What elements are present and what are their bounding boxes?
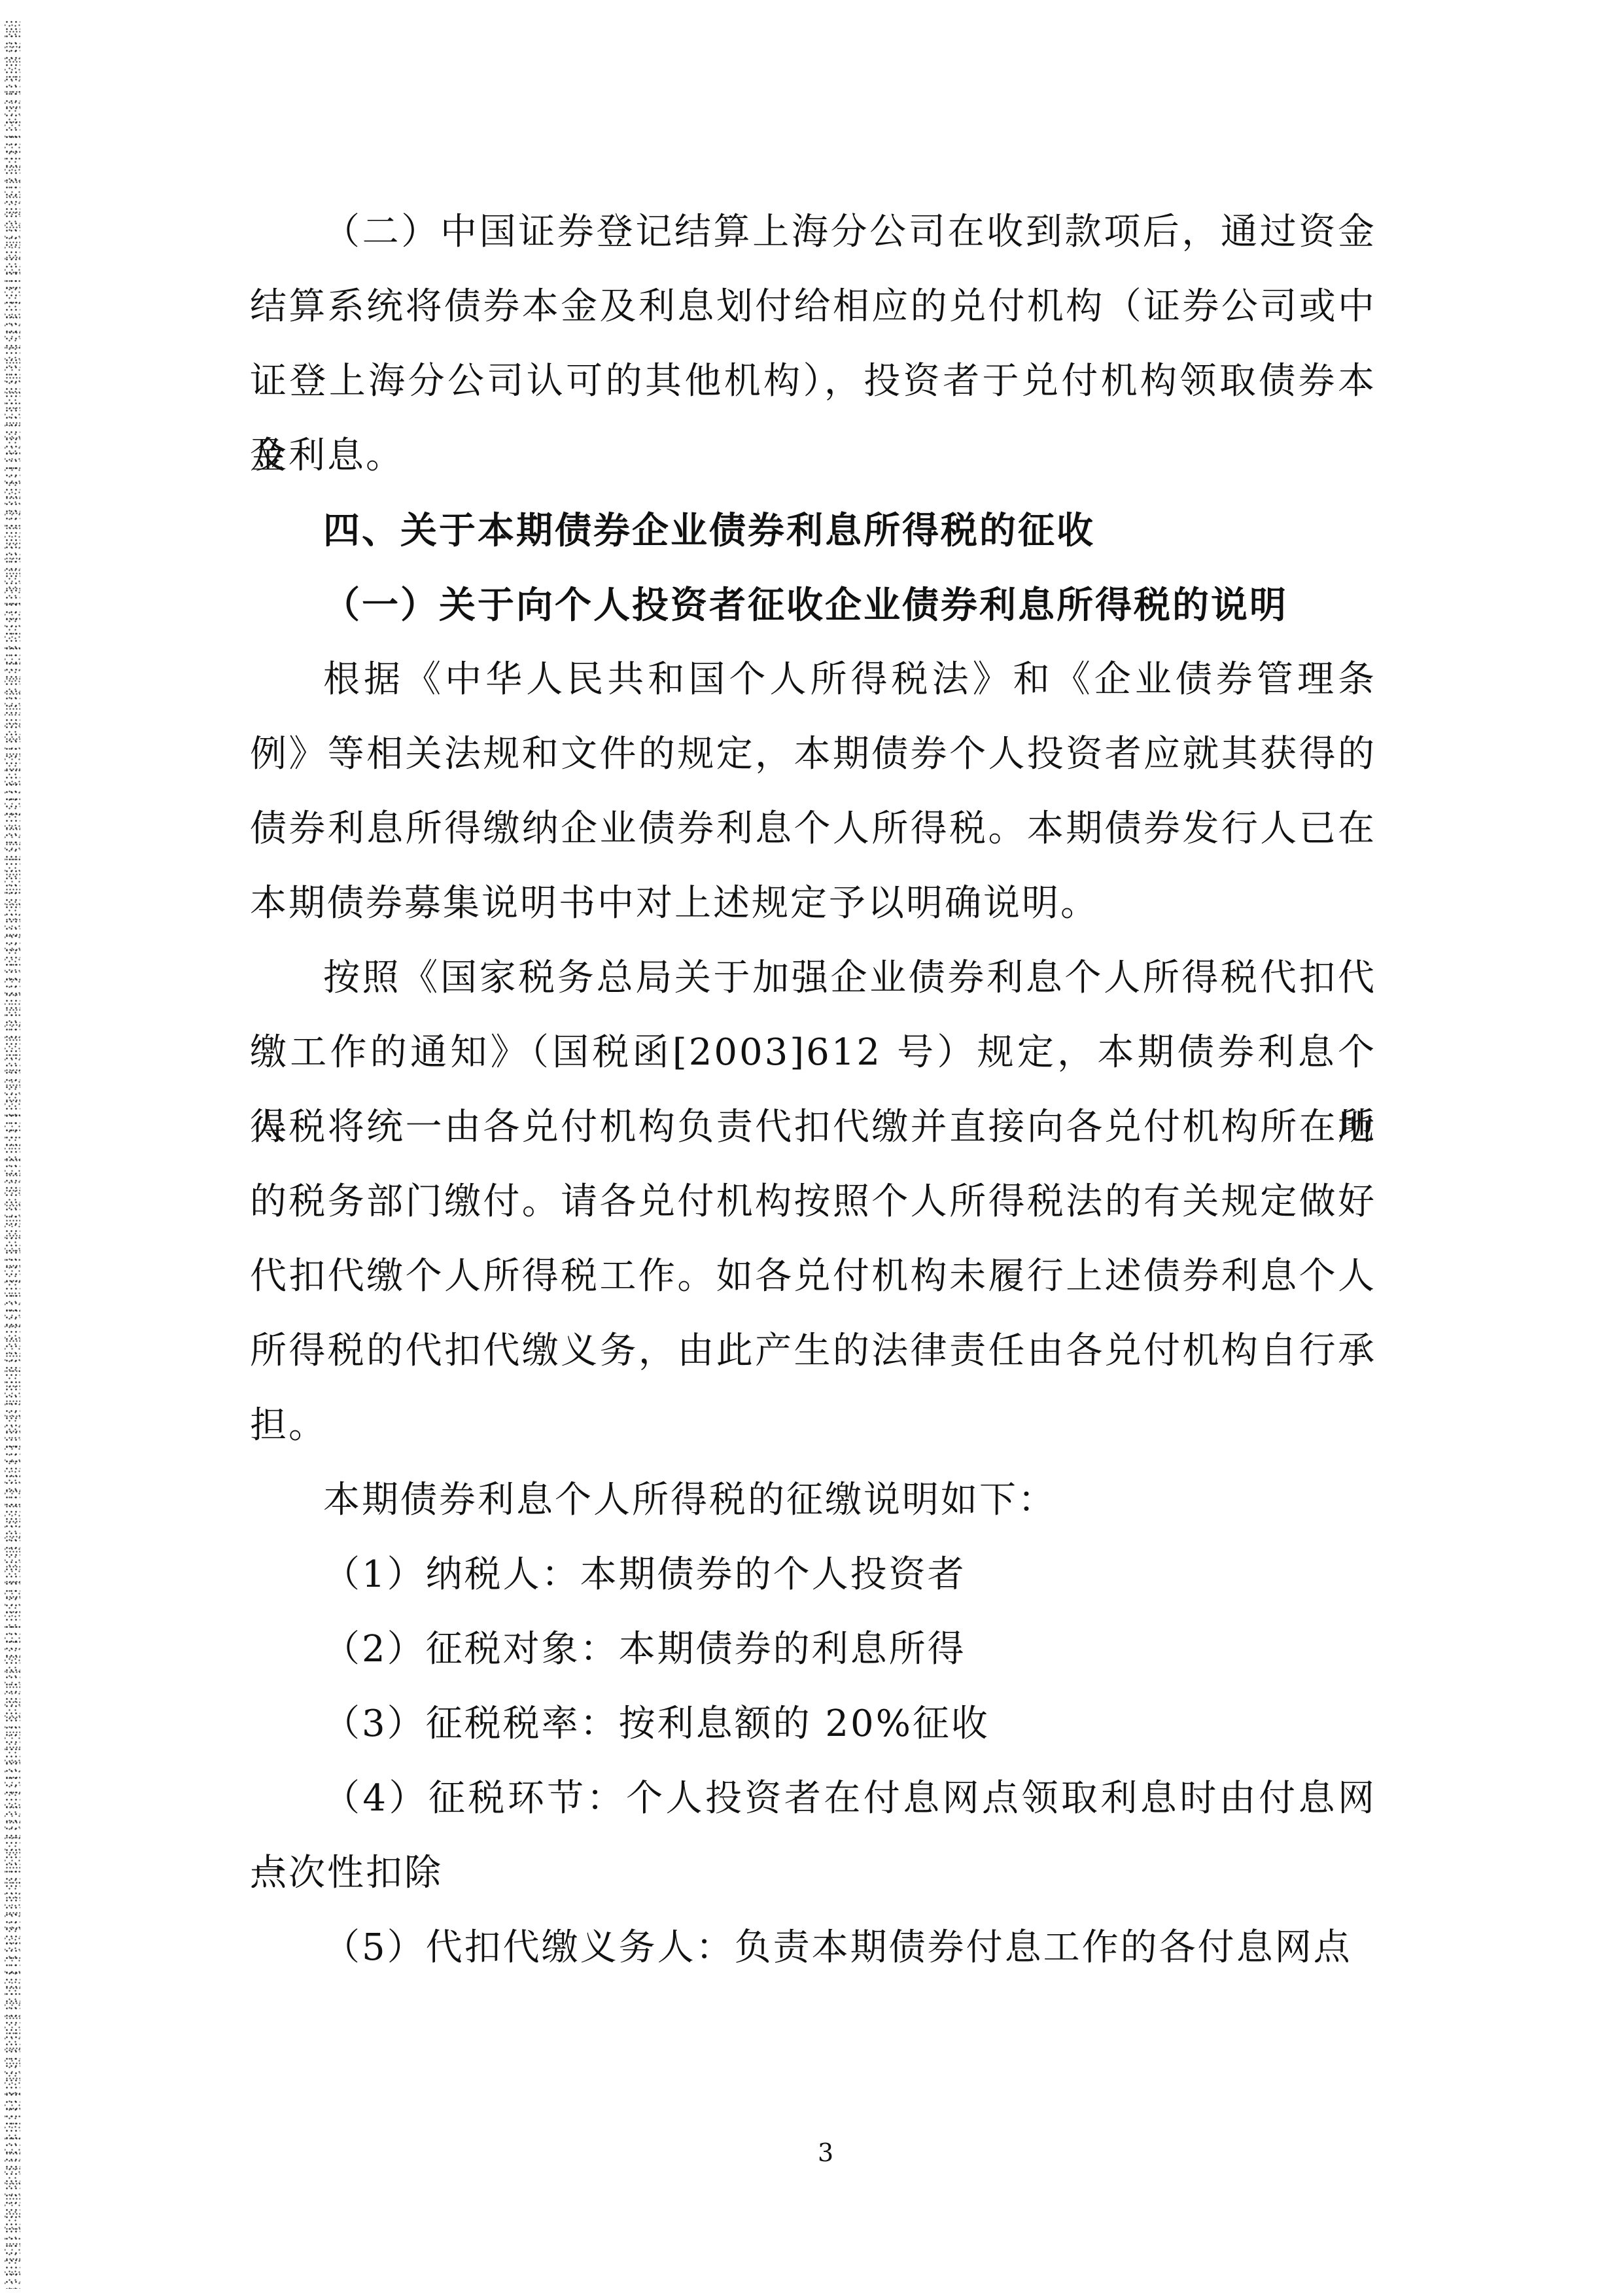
- document-page: { "page": { "background_color": "#ffffff…: [0, 0, 1623, 2296]
- paragraph-line: 得税将统一由各兑付机构负责代扣代缴并直接向各兑付机构所在地: [250, 1090, 1376, 1165]
- paragraph-line: 所得税的代扣代缴义务，由此产生的法律责任由各兑付机构自行承: [250, 1314, 1376, 1388]
- paragraph-line: 本期债券募集说明书中对上述规定予以明确说明。: [250, 866, 1376, 941]
- list-item-line: （4）征税环节：个人投资者在付息网点领取利息时由付息网点: [250, 1761, 1376, 1836]
- paragraph-line: 结算系统将债券本金及利息划付给相应的兑付机构（证券公司或中: [250, 270, 1376, 344]
- paragraph-line: 根据《中华人民共和国个人所得税法》和《企业债券管理条: [250, 643, 1376, 717]
- scan-noise-strip: [5, 18, 20, 2289]
- page-number: 3: [818, 2138, 833, 2167]
- paragraph-line: 及利息。: [250, 419, 1376, 493]
- paragraph-line: 的税务部门缴付。请各兑付机构按照个人所得税法的有关规定做好: [250, 1165, 1376, 1239]
- paragraph-line: 证登上海分公司认可的其他机构），投资者于兑付机构领取债券本金: [250, 344, 1376, 419]
- paragraph-line: 按照《国家税务总局关于加强企业债券利息个人所得税代扣代: [250, 941, 1376, 1016]
- paragraph-line: 缴工作的通知》（国税函[2003]612 号）规定，本期债券利息个人所: [250, 1016, 1376, 1090]
- section-heading: 四、关于本期债券企业债券利息所得税的征收: [250, 493, 1376, 568]
- paragraph-line: 债券利息所得缴纳企业债券利息个人所得税。本期债券发行人已在: [250, 792, 1376, 866]
- document-text-block: （二）中国证券登记结算上海分公司在收到款项后，通过资金 结算系统将债券本金及利息…: [250, 195, 1376, 1985]
- paragraph-line: 担。: [250, 1388, 1376, 1463]
- list-item-line: （2）征税对象：本期债券的利息所得: [250, 1612, 1376, 1687]
- list-item-line: （1）纳税人：本期债券的个人投资者: [250, 1538, 1376, 1612]
- list-item-line: （5）代扣代缴义务人：负责本期债券付息工作的各付息网点: [250, 1911, 1376, 1985]
- paragraph-line: （二）中国证券登记结算上海分公司在收到款项后，通过资金: [250, 195, 1376, 270]
- subsection-heading: （一）关于向个人投资者征收企业债券利息所得税的说明: [250, 568, 1376, 643]
- list-item-line: （3）征税税率：按利息额的 20%征收: [250, 1687, 1376, 1761]
- paragraph-line: 代扣代缴个人所得税工作。如各兑付机构未履行上述债券利息个人: [250, 1239, 1376, 1314]
- paragraph-line: 例》等相关法规和文件的规定，本期债券个人投资者应就其获得的: [250, 717, 1376, 792]
- list-intro-line: 本期债券利息个人所得税的征缴说明如下：: [250, 1463, 1376, 1538]
- list-item-line: 一次性扣除: [250, 1836, 1376, 1911]
